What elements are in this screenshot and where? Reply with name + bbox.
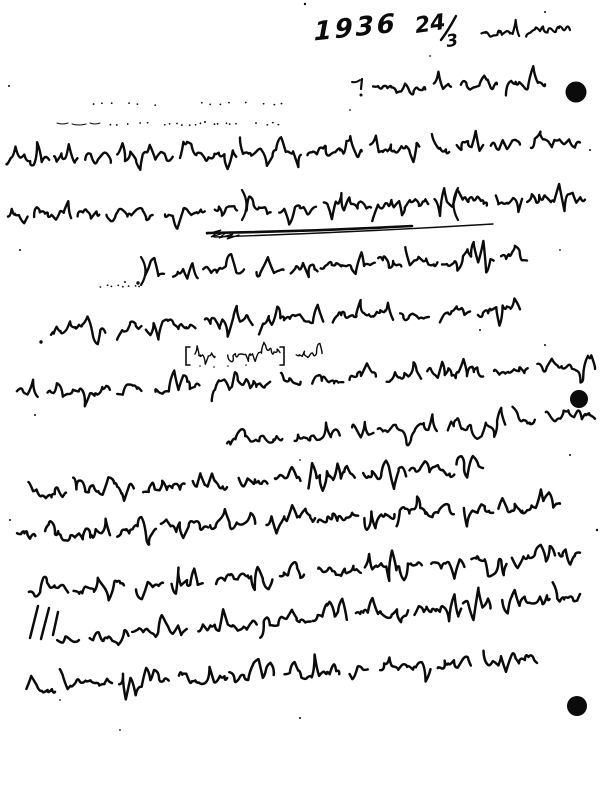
scanned-letter-page: 1936 24 3 (0, 0, 606, 796)
noise-dot-row-1 (93, 102, 283, 106)
noise-dot-row-3 (100, 284, 140, 287)
annotation-word (296, 343, 322, 357)
punch-dot-1 (566, 82, 587, 103)
paren-close-2 (141, 257, 146, 285)
noise-dot-row-2 (110, 122, 280, 126)
paren-close (242, 190, 247, 220)
body-line-1 (7, 131, 581, 170)
date-day-text: 24 (413, 10, 447, 39)
body-line-7 (29, 456, 484, 501)
body-line-4 (51, 299, 520, 345)
body-line-2 (8, 184, 585, 229)
annotation-bracket-right (280, 347, 284, 365)
annotation-bracket-left (186, 347, 190, 365)
noise-dash-1 (57, 123, 68, 124)
salutation-dash (352, 80, 360, 82)
body-line-6 (227, 407, 595, 445)
letter-scan-canvas: 1936 24 3 (0, 0, 606, 796)
noise-dash-2 (72, 124, 86, 125)
date-year-text: 1936 (314, 9, 398, 48)
noise-dash-3 (90, 123, 100, 124)
annotation-line (195, 342, 280, 364)
body-line-11 (26, 651, 537, 700)
place-word (482, 20, 571, 37)
body-line-3 (145, 241, 527, 279)
period-line3 (136, 281, 139, 284)
period-line4 (39, 340, 42, 343)
body-line-5 (17, 355, 595, 406)
body-line-8 (17, 490, 560, 545)
punch-dot-2 (570, 390, 588, 408)
tall-ascender-strokes (30, 606, 58, 639)
salutation-line (373, 66, 545, 95)
underline-long (214, 224, 493, 237)
date-month-text: 3 (445, 30, 460, 51)
body-line-9 (29, 545, 580, 600)
salutation-exclamation (361, 79, 362, 89)
salutation-exclamation-dot (360, 94, 363, 97)
punch-dot-3 (567, 696, 587, 716)
